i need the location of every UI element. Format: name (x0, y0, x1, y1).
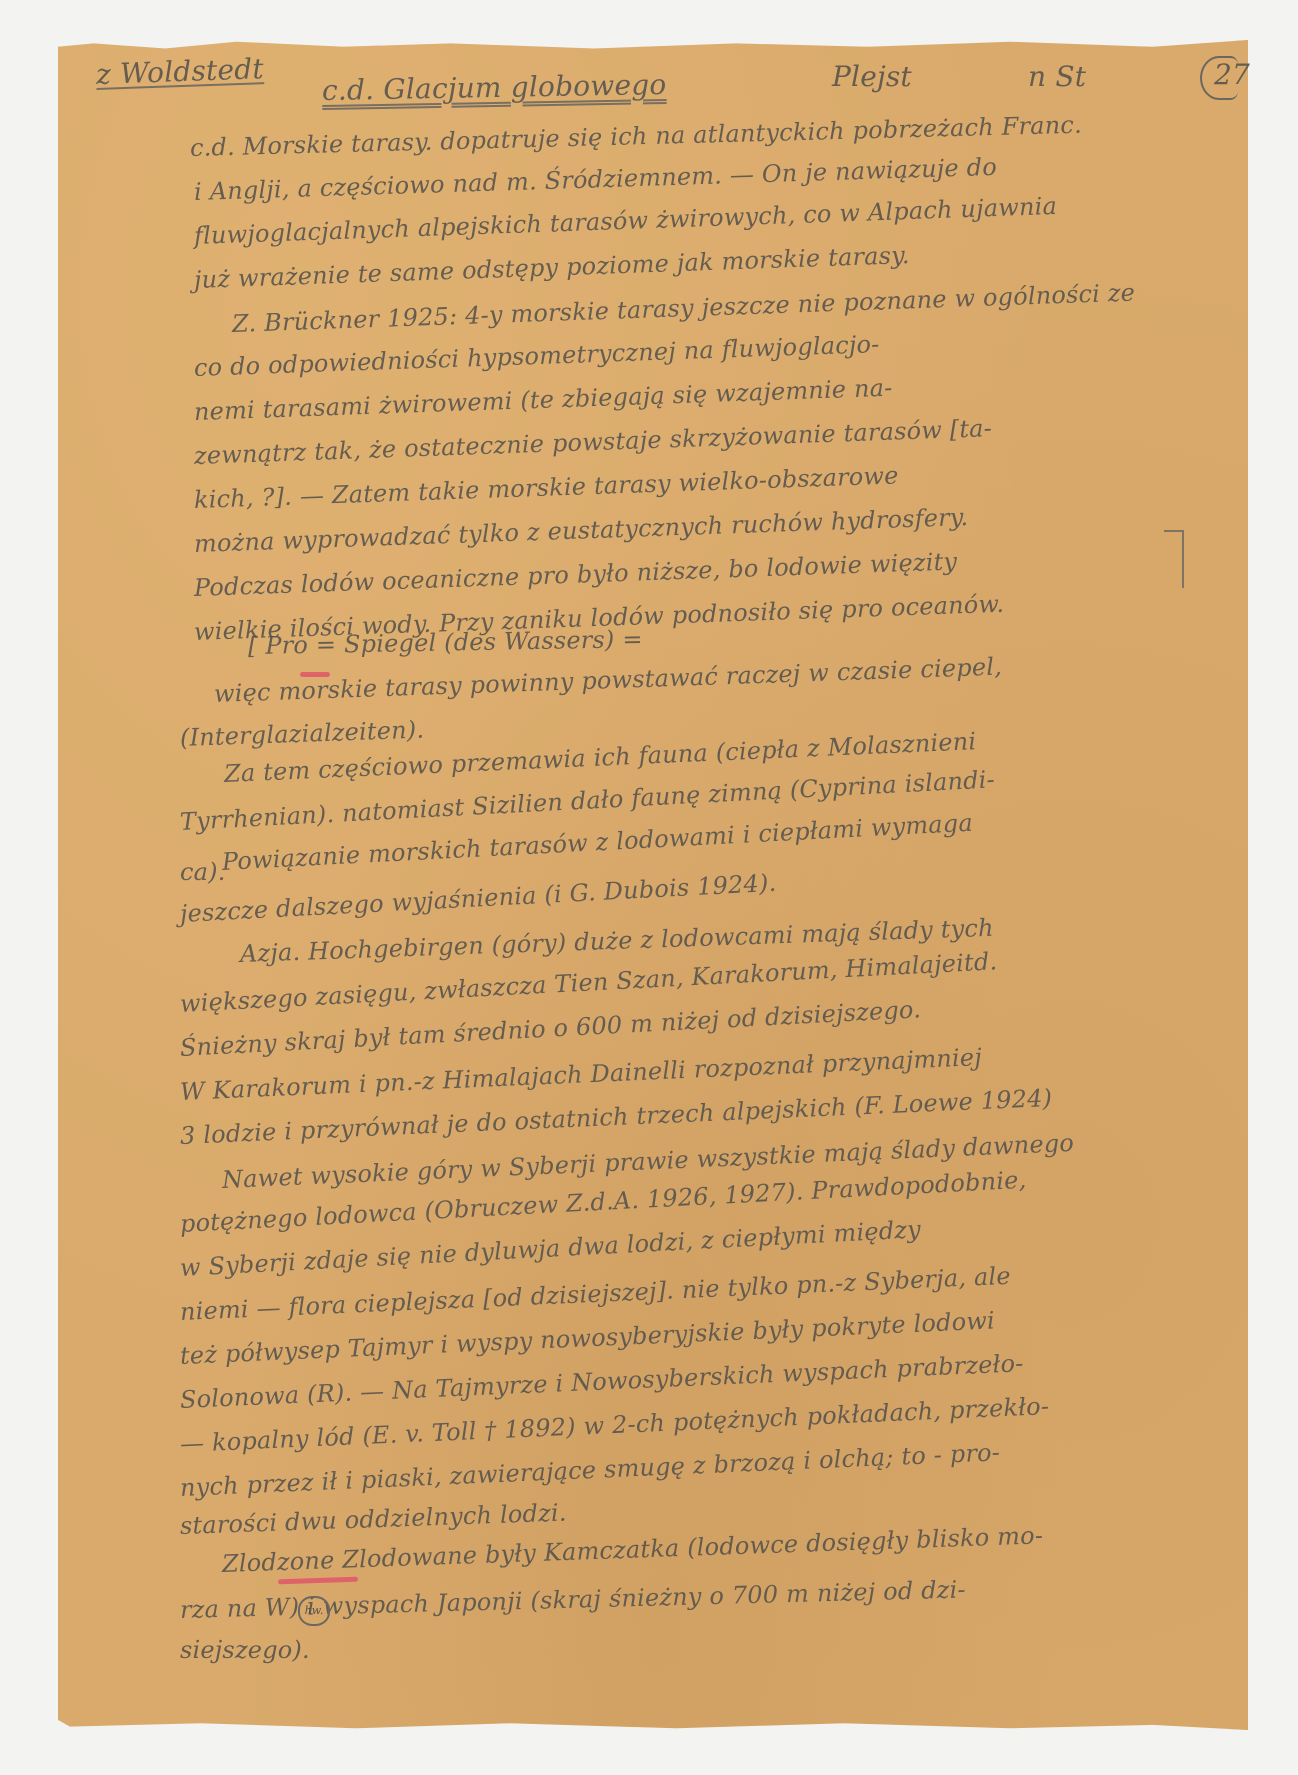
section-note-st: n St (1028, 60, 1086, 93)
text-line: siejszego). (180, 1636, 310, 1664)
initials-mark: hw. (298, 1596, 330, 1626)
page-title: c.d. Glacjum globowego (322, 68, 667, 107)
author-note: z Woldstedt (95, 52, 264, 91)
page-number: 27 (1214, 58, 1250, 91)
bracket-right (1164, 530, 1184, 588)
text-line: ca). (180, 858, 226, 886)
section-note-plejst: Plejst (832, 60, 912, 93)
